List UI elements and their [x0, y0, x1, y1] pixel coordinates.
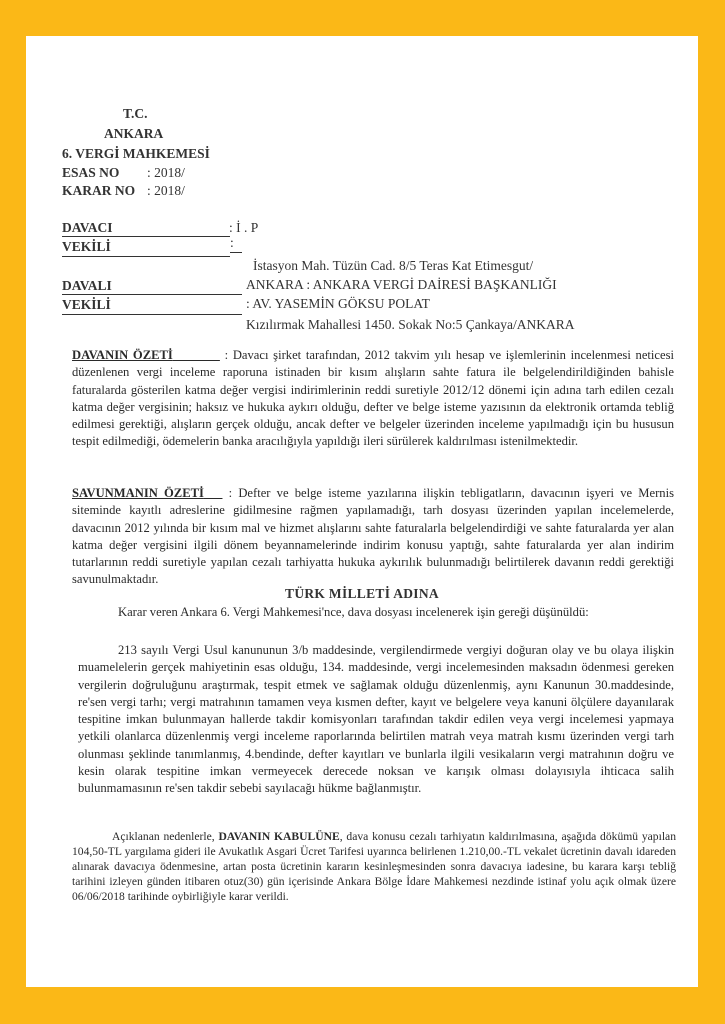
davanin-ozeti-section: DAVANIN ÖZETİ : Davacı şirket tarafından… — [72, 347, 674, 451]
hukum-intro: Açıklanan nedenlerle, — [112, 830, 218, 843]
davali-value: ANKARA : ANKARA VERGİ DAİRESİ BAŞKANLIĞI — [246, 277, 557, 293]
davanin-ozeti-text: : Davacı şirket tarafından, 2012 takvim … — [72, 348, 674, 448]
davali-vekili-label: VEKİLİ — [62, 297, 111, 313]
davaci-vekili-value: : — [230, 235, 234, 251]
esas-no-value: : 2018/ — [147, 165, 185, 181]
davali-address: Kızılırmak Mahallesi 1450. Sokak No:5 Ça… — [246, 317, 574, 333]
karar-no-value: : 2018/ — [147, 183, 185, 199]
davaci-address: İstasyon Mah. Tüzün Cad. 8/5 Teras Kat E… — [253, 258, 533, 274]
paragraph-vuk: 213 sayılı Vergi Usul kanununun 3/b madd… — [78, 642, 674, 798]
header-court: 6. VERGİ MAHKEMESİ — [62, 146, 210, 162]
esas-no-label: ESAS NO — [62, 165, 119, 181]
savunmanin-ozeti-section: SAVUNMANIN ÖZETİ : Defter ve belge istem… — [72, 485, 674, 589]
davaci-value: : İ . P — [229, 220, 258, 236]
davali-label: DAVALI — [62, 278, 112, 294]
paragraph-karar-veren: Karar veren Ankara 6. Vergi Mahkemesi'nc… — [78, 604, 674, 621]
header-city: ANKARA — [104, 126, 163, 142]
karar-no-label: KARAR NO — [62, 183, 135, 199]
savunmanin-ozeti-text: : Defter ve belge isteme yazılarına iliş… — [72, 486, 674, 586]
paragraph-hukum: Açıklanan nedenlerle, DAVANIN KABULÜNE, … — [72, 829, 676, 904]
davanin-ozeti-label: DAVANIN ÖZETİ — [72, 348, 173, 362]
davanin-kabulune: DAVANIN KABULÜNE — [218, 830, 339, 843]
document-page: T.C. ANKARA 6. VERGİ MAHKEMESİ ESAS NO :… — [26, 36, 698, 987]
davali-vekili-value: : AV. YASEMİN GÖKSU POLAT — [246, 296, 430, 312]
savunmanin-ozeti-label: SAVUNMANIN ÖZETİ — [72, 486, 204, 500]
davaci-label: DAVACI — [62, 220, 113, 236]
header-tc: T.C. — [123, 106, 148, 122]
turk-milleti-adina-title: TÜRK MİLLETİ ADINA — [26, 586, 698, 602]
davaci-vekili-label: VEKİLİ — [62, 239, 111, 255]
